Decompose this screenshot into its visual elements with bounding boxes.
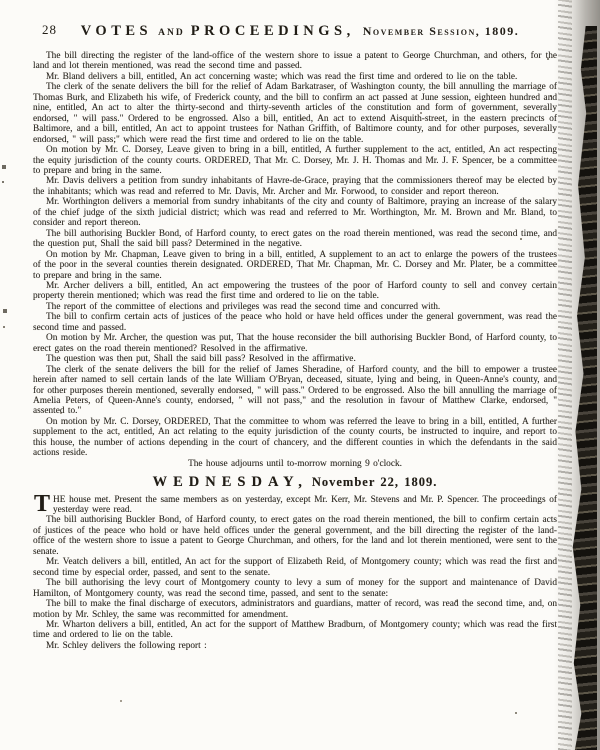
scan-artifact-grain — [558, 0, 572, 750]
day-heading: WEDNESDAY,November 22, 1809. — [33, 477, 557, 489]
day-heading-date: November 22, 1809. — [308, 475, 438, 489]
page-header: 28 VOTES AND PROCEEDINGS, November Sessi… — [0, 0, 600, 46]
paragraph: The report of the committee of elections… — [33, 302, 557, 312]
paragraph: The clerk of the senate delivers the bil… — [33, 365, 557, 417]
paragraph: On motion by Mr. C. Dorsey, ORDERED, Tha… — [33, 417, 557, 459]
header-title-and: AND — [156, 28, 187, 38]
day-heading-day: WEDNESDAY, — [153, 474, 308, 490]
adjournment-line: The house adjourns until to-morrow morni… — [33, 459, 557, 469]
paragraph: The bill authorising Buckler Bond, of Ha… — [33, 229, 557, 250]
paragraph: The clerk of the senate delivers the bil… — [33, 82, 557, 145]
paragraph: The bill to confirm certain acts of just… — [33, 312, 557, 333]
text-blocks: The bill directing the register of the l… — [33, 51, 557, 651]
paragraph: Mr. Veatch delivers a bill, entitled, An… — [33, 557, 557, 578]
paragraph: The bill authorising the levy court of M… — [33, 578, 557, 599]
page-number: 28 — [42, 22, 57, 38]
scan-artifact-dark-streak — [570, 26, 597, 750]
paragraph: Mr. Schley delivers the following report… — [33, 641, 557, 651]
paragraph-dropcap: THE house met. Present the same members … — [33, 495, 557, 516]
paragraph: Mr. Archer delivers a bill, entitled, An… — [33, 281, 557, 302]
header-title-session: November Session, 1809. — [359, 24, 520, 38]
scanned-page: 28 VOTES AND PROCEEDINGS, November Sessi… — [0, 0, 600, 750]
paragraph: The question was then put, Shall the sai… — [33, 354, 557, 364]
paragraph: Mr. Worthington delivers a memorial from… — [33, 197, 557, 228]
paragraph: On motion by Mr. C. Dorsey, Leave given … — [33, 145, 557, 176]
paragraph: The bill directing the register of the l… — [33, 51, 557, 72]
drop-cap-letter: T — [33, 495, 53, 514]
paragraph: On motion by Mr. Chapman, Leave given to… — [33, 250, 557, 281]
paragraph: The bill authorising Buckler Bond, of Ha… — [33, 515, 557, 557]
header-title-votes: VOTES — [81, 23, 152, 39]
paragraph: Mr. Davis delivers a petition from sundr… — [33, 176, 557, 197]
paragraph: Mr. Wharton delivers a bill, entitled, A… — [33, 620, 557, 641]
header-title-proceedings: PROCEEDINGS, — [191, 23, 355, 39]
paragraph: The bill to make the final discharge of … — [33, 599, 557, 620]
paragraph: On motion by Mr. Archer, the question wa… — [33, 333, 557, 354]
paragraph: Mr. Bland delivers a bill, entitled, An … — [33, 72, 557, 82]
